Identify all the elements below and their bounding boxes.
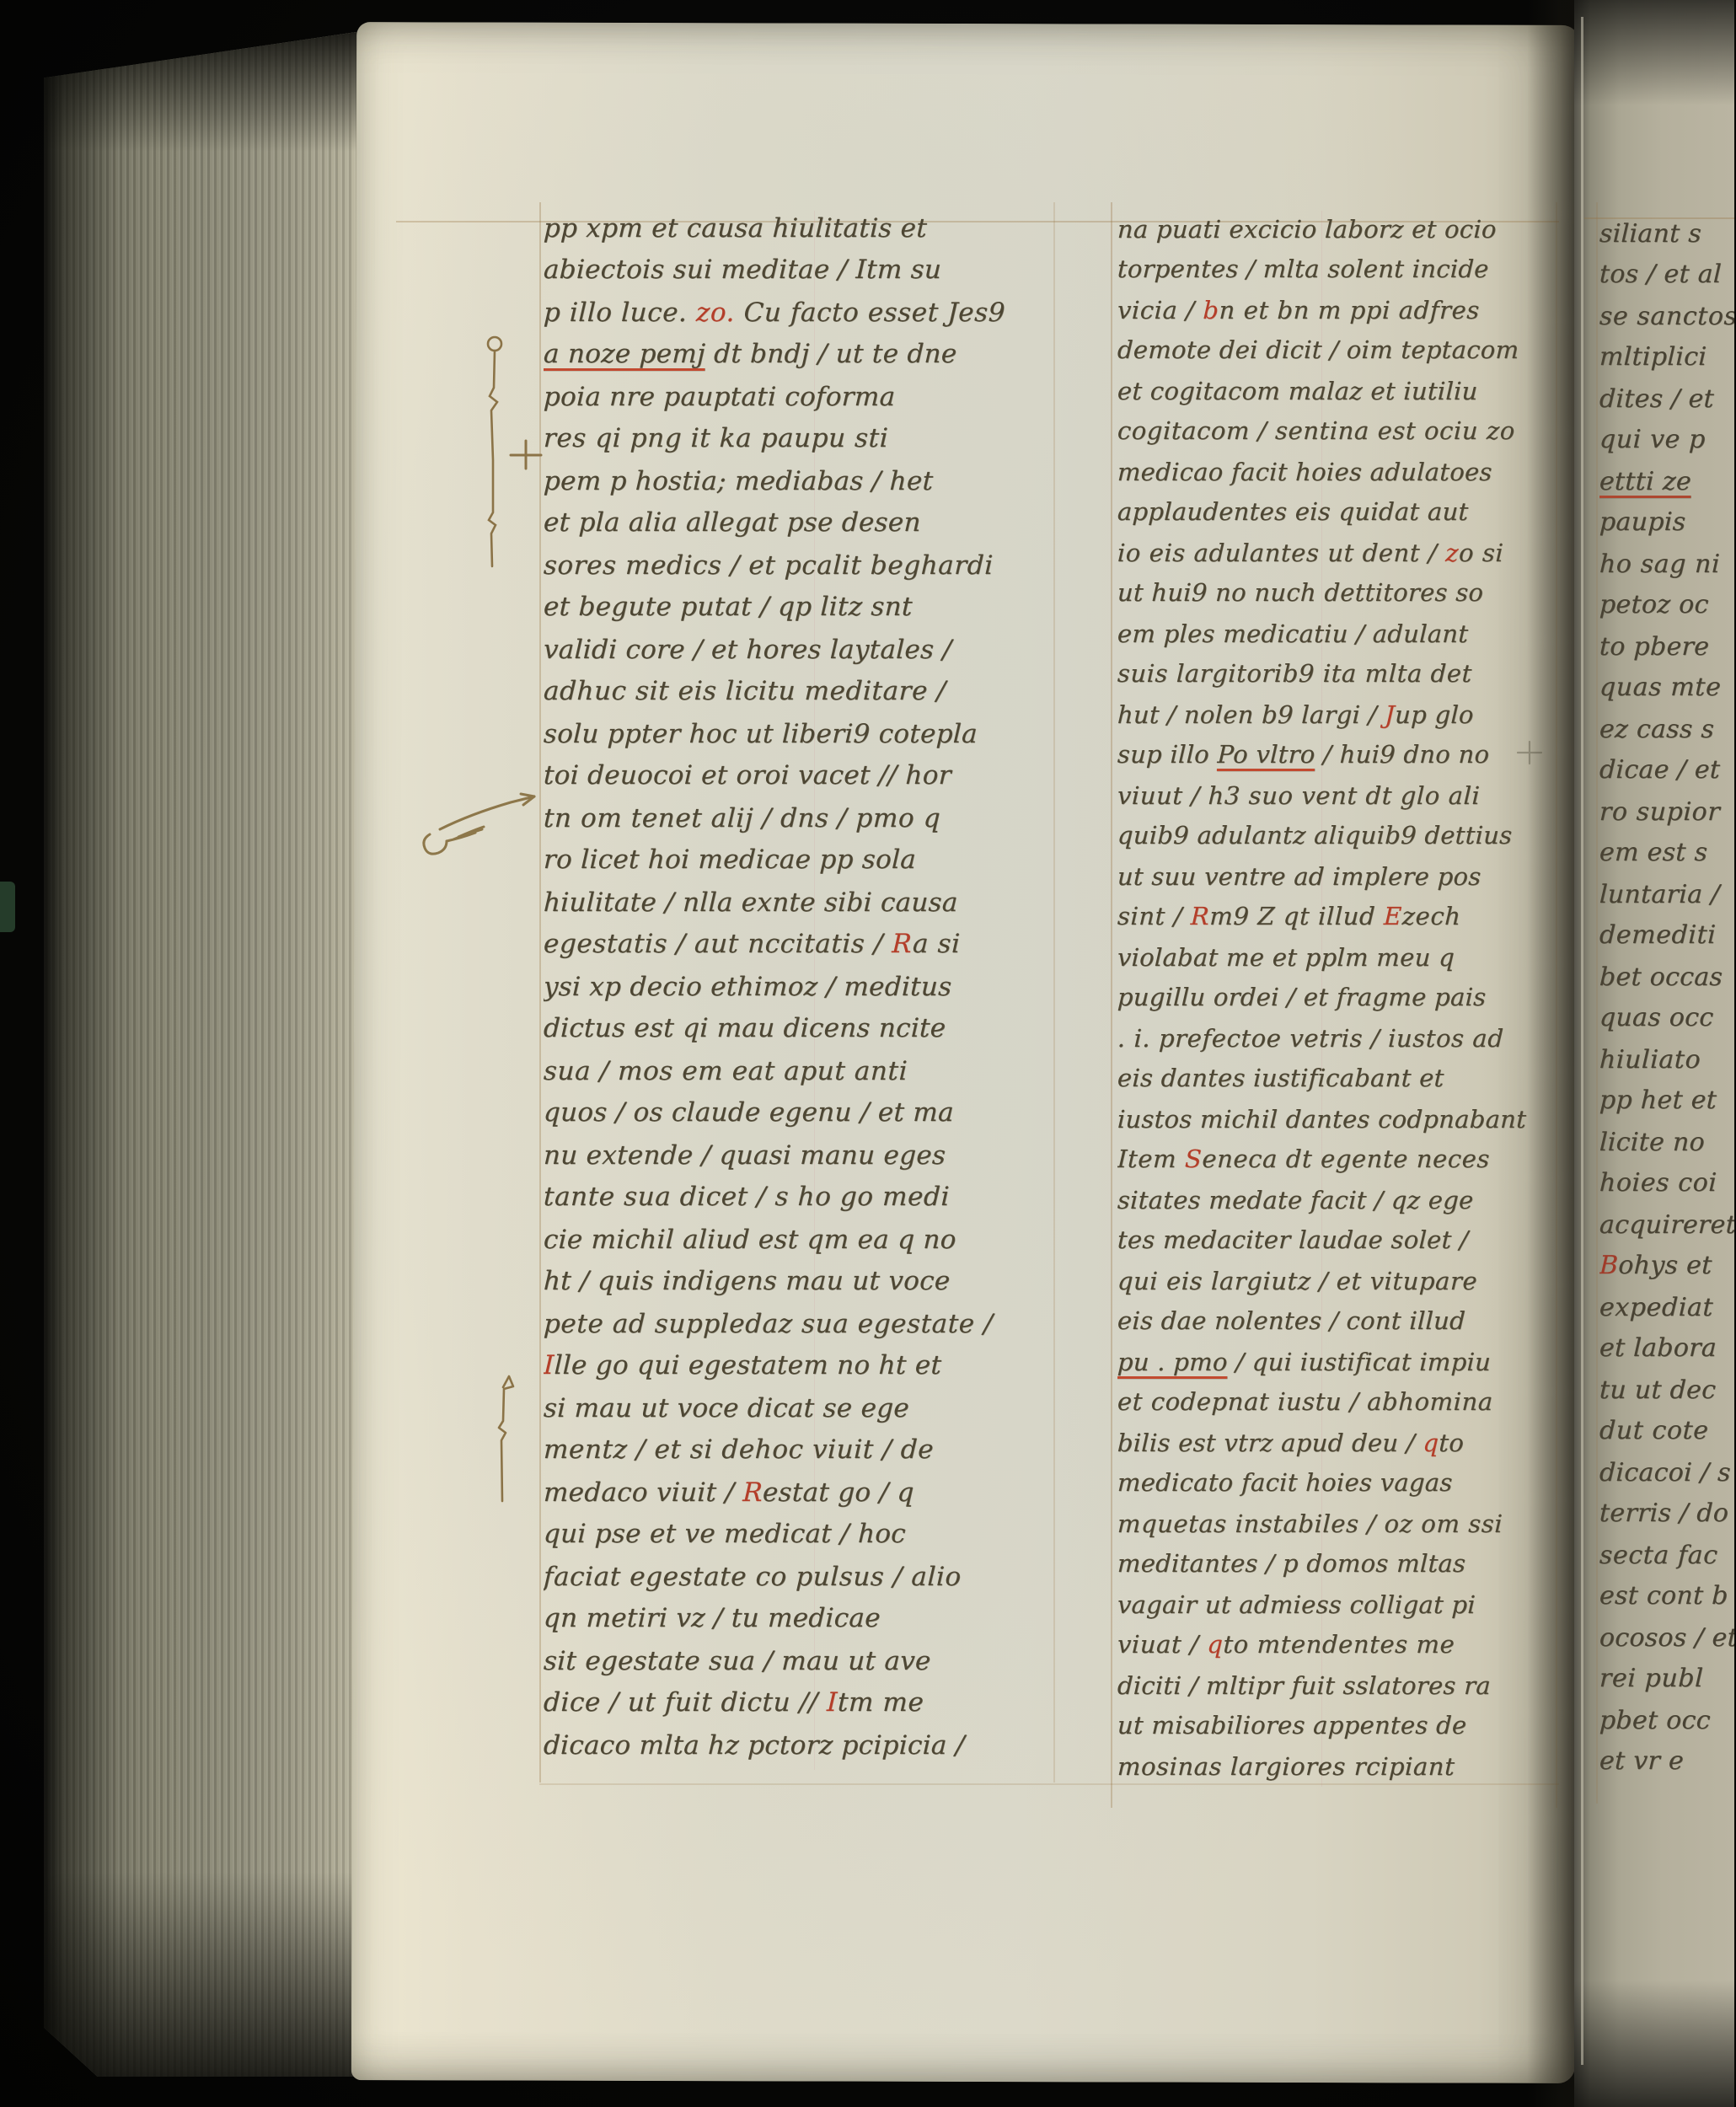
plus-cross-mark — [506, 437, 546, 472]
text-line: violabat me et pplm meu q — [1117, 937, 1562, 978]
text-line: poia nre pauptati coforma — [544, 376, 1049, 418]
text-line: cogitacom / sentina est ociu zo — [1117, 410, 1562, 451]
text-line: mentz / et si dehoc viuit / de — [544, 1429, 1049, 1471]
text-line: et begute putat / qp litz snt — [544, 586, 1049, 628]
rubric-text: I — [826, 1687, 838, 1718]
text-line: mltiplici — [1599, 336, 1734, 378]
text-line: sint / Rm9 Z qt illud Ezech — [1117, 896, 1562, 936]
text-line: eis dae nolentes / cont illud — [1117, 1300, 1562, 1341]
text-line: sitates medate facit / qz ege — [1117, 1180, 1562, 1220]
text-line: abiectois sui meditae / Itm su — [544, 249, 1049, 291]
text-line: viuut / h3 suo vent dt glo ali — [1117, 775, 1562, 816]
text-line: meditantes / p domos mltas — [1117, 1543, 1562, 1584]
text-line: ettti ze — [1599, 461, 1734, 502]
text-line: egestatis / aut nccitatis / Ra si — [544, 923, 1049, 965]
rubric-text: R — [892, 929, 914, 959]
text-line: dicaco mlta hz pctorz pcipicia / — [544, 1724, 1049, 1767]
rubric-text: R — [742, 1477, 764, 1508]
text-line: applaudentes eis quidat aut — [1117, 491, 1562, 532]
left-text-column: pp xpm et causa hiulitatis etabiectois s… — [544, 206, 1049, 1778]
text-line: pbet occ — [1599, 1700, 1734, 1741]
text-line: sit egestate sua / mau ut ave — [544, 1640, 1049, 1682]
text-line: hut / nolen b9 largi / Jup glo — [1117, 694, 1562, 735]
text-line: nu extende / quasi manu eges — [544, 1134, 1049, 1177]
red-underlined-text: ettti ze — [1599, 467, 1692, 496]
text-line: ro supior — [1599, 791, 1734, 833]
bookmark-tab — [0, 882, 15, 932]
text-line: expediat — [1599, 1287, 1734, 1328]
text-line: sup illo Po vltro / hui9 dno no — [1117, 734, 1562, 775]
text-line: res qi png it ka paupu sti — [544, 417, 1049, 459]
text-line: medicato facit hoies vagas — [1117, 1462, 1562, 1503]
text-line: quos / os claude egenu / et ma — [544, 1091, 1049, 1134]
text-line: diciti / mltipr fuit sslatores ra — [1117, 1665, 1562, 1706]
text-line: pem p hostia; mediabas / het — [544, 460, 1049, 502]
text-line: hiuliato — [1599, 1039, 1734, 1080]
rubric-text: q — [1423, 1429, 1439, 1457]
rubric-text: z — [1445, 539, 1460, 567]
text-line: a noze pemj dt bndj / ut te dne — [544, 333, 1049, 375]
text-line: ut suu ventre ad implere pos — [1117, 856, 1562, 897]
text-line: pu . pmo / qui iustificat impiu — [1117, 1342, 1562, 1382]
text-line: tn om tenet alij / dns / pmo q — [544, 797, 1049, 839]
text-line: pete ad suppledaz sua egestate / — [544, 1303, 1049, 1345]
text-line: et codepnat iustu / abhomina — [1117, 1381, 1562, 1422]
text-line: quas occ — [1599, 997, 1734, 1038]
ruling-line-vertical — [1111, 202, 1112, 1808]
rubric-text: S — [1184, 1145, 1203, 1173]
text-line: bilis est vtrz apud deu / qto — [1117, 1423, 1562, 1463]
red-underlined-text: Po vltro — [1217, 740, 1315, 769]
text-line: eis dantes iustificabant et — [1117, 1058, 1562, 1098]
text-line: et labora — [1599, 1327, 1734, 1369]
text-line: dites / et — [1599, 378, 1734, 420]
text-line: demote dei dicit / oim teptacom — [1117, 330, 1562, 370]
text-line: sua / mos em eat aput anti — [544, 1050, 1049, 1092]
text-line: quib9 adulantz aliquib9 dettius — [1117, 815, 1562, 855]
text-line: siliant s — [1599, 213, 1734, 255]
text-line: dictus est qi mau dicens ncite — [544, 1007, 1049, 1049]
text-line: medicao facit hoies adulatoes — [1117, 452, 1562, 492]
text-line: torpentes / mlta solent incide — [1117, 249, 1562, 289]
facing-page: siliant stos / et alse sanctosmltiplicid… — [1574, 0, 1734, 2107]
text-line: paupis — [1599, 501, 1734, 543]
text-line: em ples medicatiu / adulant — [1117, 614, 1562, 654]
text-line: ho sag ni — [1599, 544, 1734, 585]
text-line: acquireret — [1599, 1204, 1734, 1246]
text-line: licite no — [1599, 1122, 1734, 1163]
text-line: et cogitacom malaz et iutiliu — [1117, 371, 1562, 411]
text-line: bet occas — [1599, 957, 1734, 998]
manuscript-photo: pp xpm et causa hiulitatis etabiectois s… — [0, 0, 1736, 2107]
text-line: dicacoi / s — [1599, 1452, 1734, 1493]
nota-line-mark-2 — [493, 1367, 522, 1507]
text-line: Bohys et — [1599, 1245, 1734, 1286]
manicule-icon — [415, 782, 563, 863]
text-line: mosinas largiores rcipiant — [1117, 1746, 1562, 1787]
rubric-text: zo. — [695, 298, 735, 328]
text-line: tante sua dicet / s ho go medi — [544, 1176, 1049, 1218]
page-block-edge — [44, 29, 379, 2077]
text-line: qui ve p — [1599, 419, 1734, 460]
text-line: validi core / et hores laytales / — [544, 629, 1049, 671]
rubric-text: R — [1190, 902, 1210, 930]
rubric-text: q — [1207, 1630, 1224, 1659]
text-line: viuat / qto mtendentes me — [1117, 1624, 1562, 1665]
text-line: qui pse et ve medicat / hoc — [544, 1513, 1049, 1555]
text-line: pugillu ordei / et fragme pais — [1117, 977, 1562, 1017]
text-line: ysi xp decio ethimoz / meditus — [544, 966, 1049, 1008]
ruling-line-vertical — [1596, 202, 1598, 1804]
text-line: . i. prefectoe vetris / iustos ad — [1117, 1018, 1562, 1059]
text-line: hoies coi — [1599, 1162, 1734, 1204]
text-line: et vr e — [1599, 1740, 1734, 1782]
text-line: pp xpm et causa hiulitatis et — [544, 207, 1049, 249]
text-line: tes medaciter laudae solet / — [1117, 1220, 1562, 1260]
text-line: rei publ — [1599, 1658, 1734, 1699]
red-underlined-text: a noze pemj — [544, 339, 706, 369]
text-line: qn metiri vz / tu medicae — [544, 1597, 1049, 1639]
rubric-text: I — [544, 1350, 555, 1381]
text-line: luntaria / — [1599, 874, 1734, 915]
text-line: em est s — [1599, 832, 1734, 873]
text-line: se sanctos — [1599, 296, 1734, 337]
text-line: p illo luce. zo. Cu facto esset Jes9 — [544, 292, 1049, 334]
text-line: io eis adulantes ut dent / zo si — [1117, 533, 1562, 573]
text-line: iustos michil dantes codpnabant — [1117, 1099, 1562, 1139]
text-line: adhuc sit eis licitu meditare / — [544, 670, 1049, 712]
text-line: solu ppter hoc ut liberi9 cotepla — [544, 713, 1049, 755]
rubric-text: B — [1599, 1251, 1619, 1280]
text-line: et pla alia allegat pse desen — [544, 501, 1049, 544]
text-line: hiulitate / nlla exnte sibi causa — [544, 882, 1049, 924]
text-line: tos / et al — [1599, 254, 1734, 295]
text-line: pp het et — [1599, 1080, 1734, 1121]
facing-text-column: siliant stos / et alse sanctosmltiplicid… — [1599, 212, 1734, 1805]
rubric-text: J — [1385, 700, 1396, 729]
text-line: si mau ut voce dicat se ege — [544, 1387, 1049, 1429]
rubric-text: b — [1203, 296, 1219, 324]
text-line: toi deuocoi et oroi vacet // hor — [544, 754, 1049, 796]
text-line: sores medics / et pcalit beghardi — [544, 544, 1049, 587]
text-line: cie michil aliud est qm ea q no — [544, 1219, 1049, 1261]
text-line: dut cote — [1599, 1410, 1734, 1451]
text-line: Ille go qui egestatem no ht et — [544, 1344, 1049, 1386]
text-line: vicia / bn et bn m ppi adfres — [1117, 290, 1562, 330]
text-line: demediti — [1599, 914, 1734, 956]
text-line: ht / quis indigens mau ut voce — [544, 1260, 1049, 1302]
rubric-text: E — [1383, 902, 1402, 930]
text-line: dicae / et — [1599, 749, 1734, 791]
text-line: to pbere — [1599, 626, 1734, 667]
text-line: vagair ut admiess colligat pi — [1117, 1584, 1562, 1625]
text-line: quas mte — [1599, 667, 1734, 708]
text-line: ez cass s — [1599, 709, 1734, 750]
text-line: dice / ut fuit dictu // Itm me — [544, 1681, 1049, 1724]
right-text-column: na puati excicio laborz et ociotorpentes… — [1117, 208, 1562, 1797]
text-line: tu ut dec — [1599, 1370, 1734, 1411]
text-line: ocosos / et — [1599, 1617, 1734, 1659]
red-underlined-text: pu . pmo — [1117, 1348, 1228, 1376]
text-line: na puati excicio laborz et ocio — [1117, 209, 1562, 249]
page-edge-highlight — [1581, 17, 1583, 2065]
text-line: ut hui9 no nuch dettitores so — [1117, 572, 1562, 613]
text-line: terris / do — [1599, 1493, 1734, 1534]
text-line: ut misabiliores appentes de — [1117, 1705, 1562, 1745]
ruling-line-vertical — [1053, 202, 1055, 1783]
text-line: qui eis largiutz / et vitupare — [1117, 1261, 1562, 1301]
text-line: ro licet hoi medicae pp sola — [544, 839, 1049, 881]
text-line: mquetas instabiles / oz om ssi — [1117, 1504, 1562, 1544]
text-line: medaco viuit / Restat go / q — [544, 1472, 1049, 1514]
text-line: suis largitorib9 ita mlta det — [1117, 653, 1562, 694]
text-line: secta fac — [1599, 1535, 1734, 1576]
text-line: Item Seneca dt egente neces — [1117, 1139, 1562, 1179]
text-line: faciat egestate co pulsus / alio — [544, 1556, 1049, 1598]
text-line: est cont b — [1599, 1575, 1734, 1616]
text-line: petoz oc — [1599, 584, 1734, 625]
